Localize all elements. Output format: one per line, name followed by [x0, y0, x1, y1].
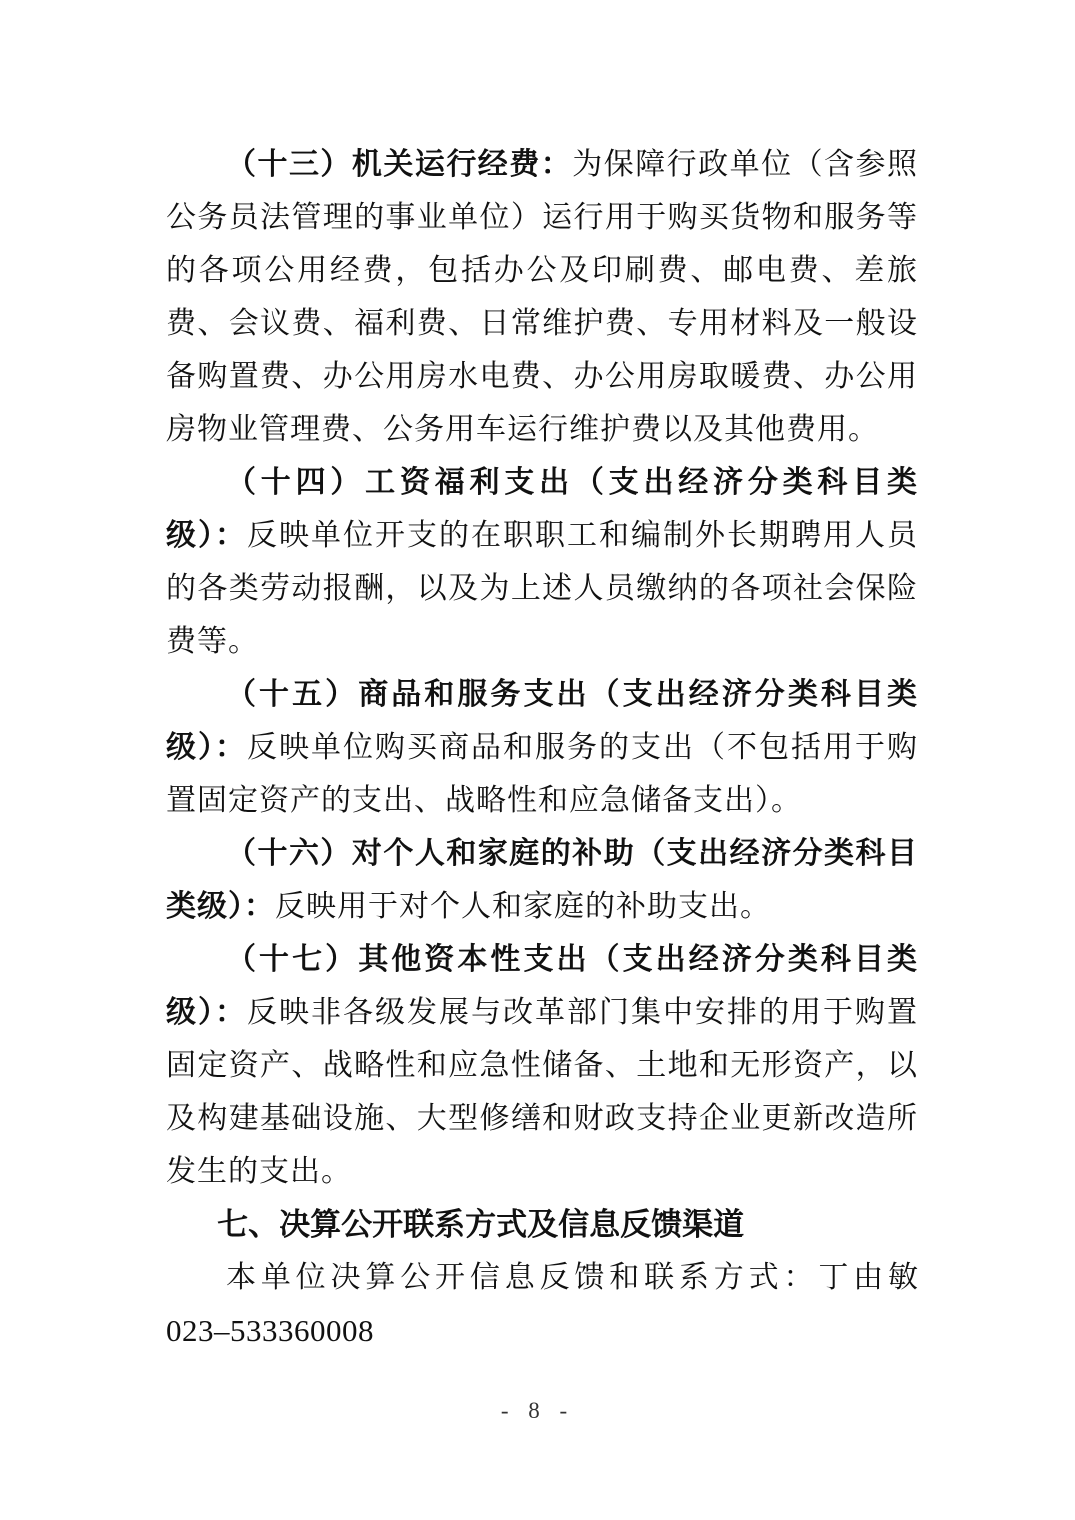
document-page: （十三）机关运行经费：为保障行政单位（含参照公务员法管理的事业单位）运行用于购买… [0, 0, 1075, 1520]
document-body: （十三）机关运行经费：为保障行政单位（含参照公务员法管理的事业单位）运行用于购买… [166, 138, 918, 1357]
paragraph-item-17: （十七）其他资本性支出（支出经济分类科目类级）：反映非各级发展与改革部门集中安排… [166, 933, 918, 1198]
contact-phone: 023–533360008 [166, 1304, 918, 1357]
page-number: - 8 - [0, 1396, 1075, 1426]
paragraph-text: 反映非各级发展与改革部门集中安排的用于购置固定资产、战略性和应急性储备、土地和无… [166, 996, 918, 1188]
paragraph-item-14: （十四）工资福利支出（支出经济分类科目类级）：反映单位开支的在职职工和编制外长期… [166, 456, 918, 668]
paragraph-text: 反映单位开支的在职职工和编制外长期聘用人员的各类劳动报酬，以及为上述人员缴纳的各… [166, 519, 918, 658]
paragraph-item-15: （十五）商品和服务支出（支出经济分类科目类级）：反映单位购买商品和服务的支出（不… [166, 668, 918, 827]
paragraph-item-13: （十三）机关运行经费：为保障行政单位（含参照公务员法管理的事业单位）运行用于购买… [166, 138, 918, 456]
contact-line: 本单位决算公开信息反馈和联系方式：丁由敏 [166, 1251, 918, 1304]
paragraph-label: （十三）机关运行经费： [226, 148, 572, 181]
paragraph-item-16: （十六）对个人和家庭的补助（支出经济分类科目类级）：反映用于对个人和家庭的补助支… [166, 827, 918, 933]
section-heading: 七、决算公开联系方式及信息反馈渠道 [166, 1198, 918, 1251]
paragraph-text: 为保障行政单位（含参照公务员法管理的事业单位）运行用于购买货物和服务等的各项公用… [166, 148, 918, 446]
paragraph-text: 反映用于对个人和家庭的补助支出。 [275, 890, 771, 923]
paragraph-text: 反映单位购买商品和服务的支出（不包括用于购置固定资产的支出、战略性和应急储备支出… [166, 731, 918, 817]
